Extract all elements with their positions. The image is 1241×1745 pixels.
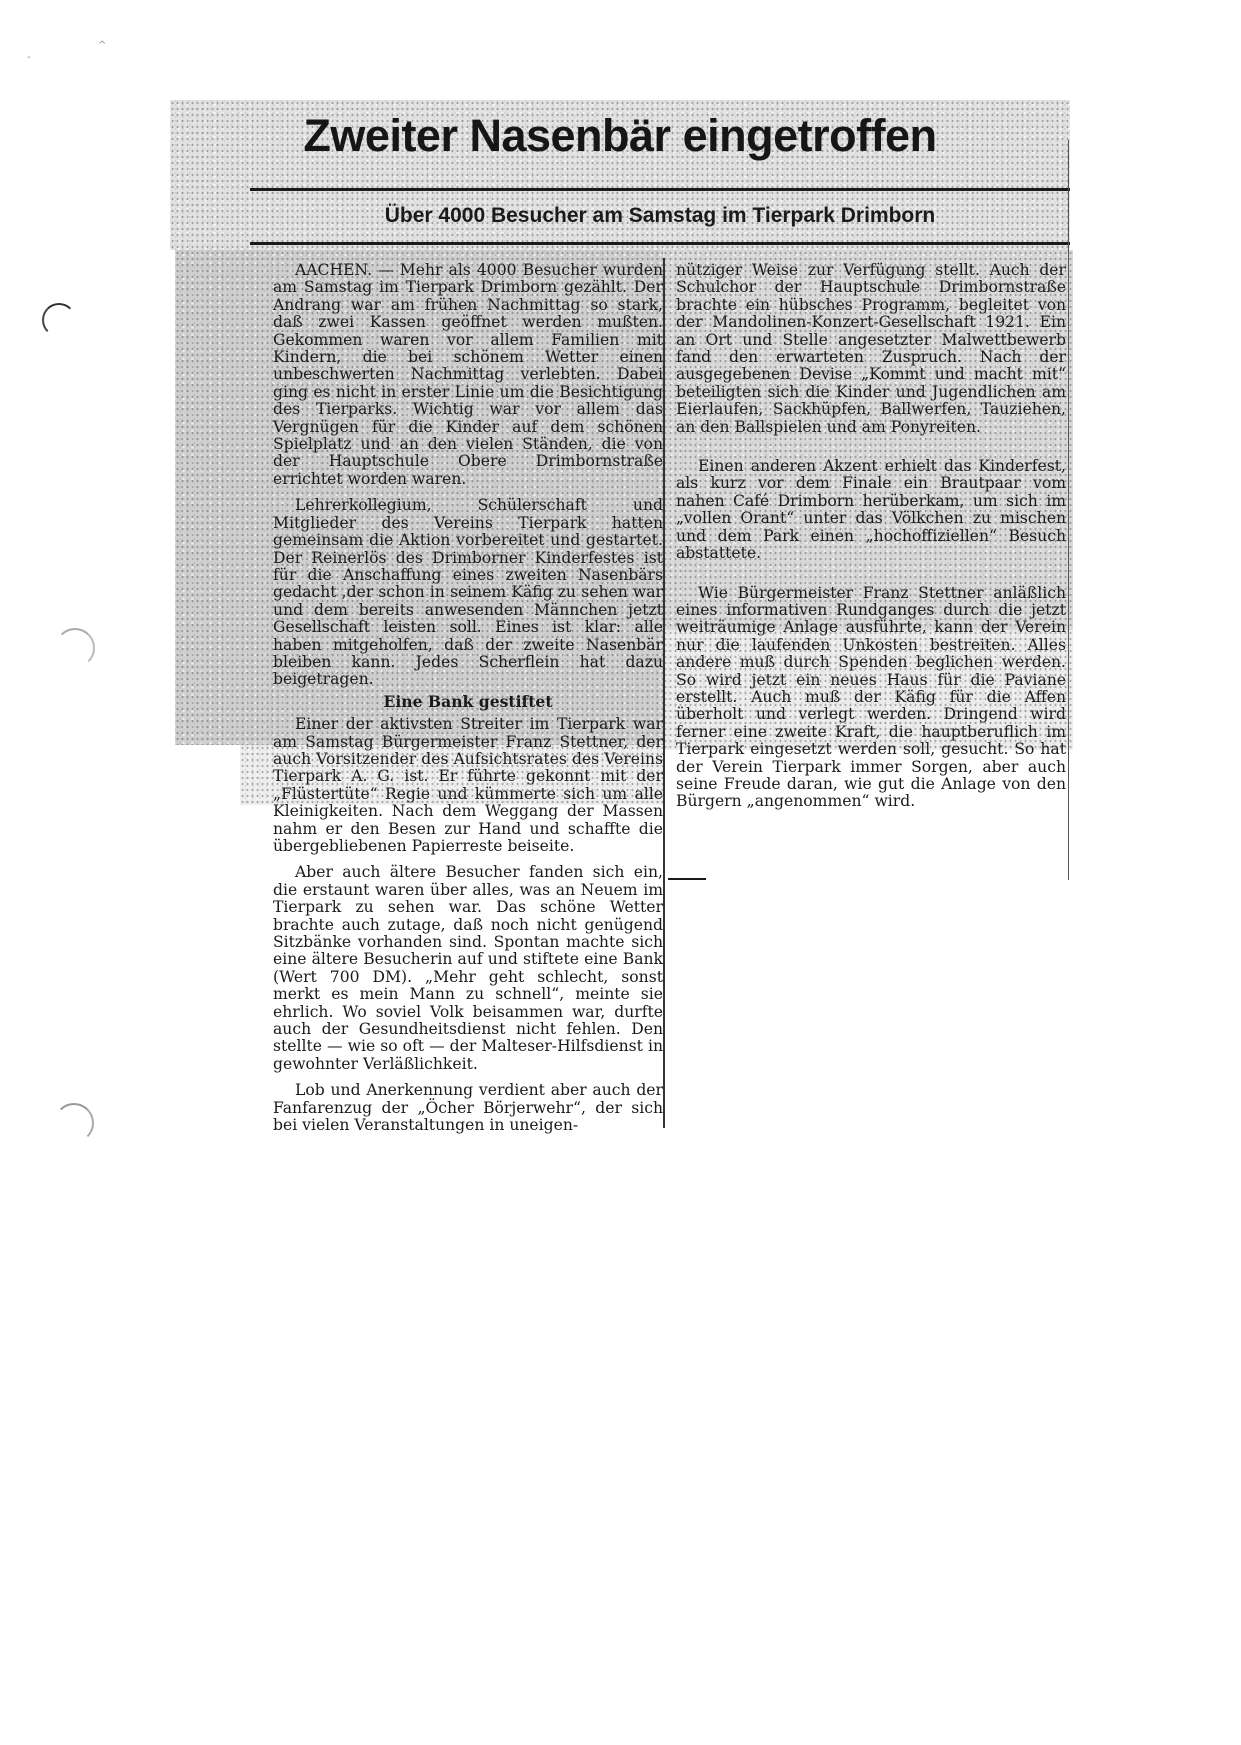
scan-speck: ^ <box>98 40 106 51</box>
paragraph: Einer der aktivsten Streiter im Tierpark… <box>273 716 663 855</box>
paragraph: Lehrerkollegium, Schülerschaft und Mitgl… <box>273 497 663 688</box>
paragraph: Wie Bürgermeister Franz Stettner anläßli… <box>676 585 1066 811</box>
paragraph: Lob und Anerkennung verdient aber auch d… <box>273 1082 663 1134</box>
paragraph: AACHEN. — Mehr als 4000 Besucher wurden … <box>273 262 663 488</box>
headline-rule-top <box>250 188 1070 191</box>
article-column-left: AACHEN. — Mehr als 4000 Besucher wurden … <box>273 262 663 1135</box>
article-end-dash <box>668 878 706 880</box>
scan-speck: - <box>27 52 31 63</box>
article-headline: Zweiter Nasenbär eingetroffen <box>170 110 1070 162</box>
paragraph: nütziger Weise zur Verfügung stellt. Auc… <box>676 262 1066 436</box>
headline-rule-bottom <box>250 242 1070 245</box>
paragraph: Einen anderen Akzent erhielt das Kinderf… <box>676 458 1066 562</box>
section-subheading: Eine Bank gestiftet <box>273 693 663 710</box>
article-subheadline: Über 4000 Besucher am Samstag im Tierpar… <box>250 204 1070 228</box>
column-divider <box>663 258 665 1128</box>
punch-hole-mark <box>55 628 95 668</box>
punch-hole-mark <box>42 303 76 337</box>
punch-hole-mark <box>54 1103 94 1143</box>
paragraph: Aber auch ältere Besucher fanden sich ei… <box>273 864 663 1073</box>
article-column-right: nütziger Weise zur Verfügung stellt. Auc… <box>676 262 1066 811</box>
clipping-edge <box>1068 140 1069 880</box>
